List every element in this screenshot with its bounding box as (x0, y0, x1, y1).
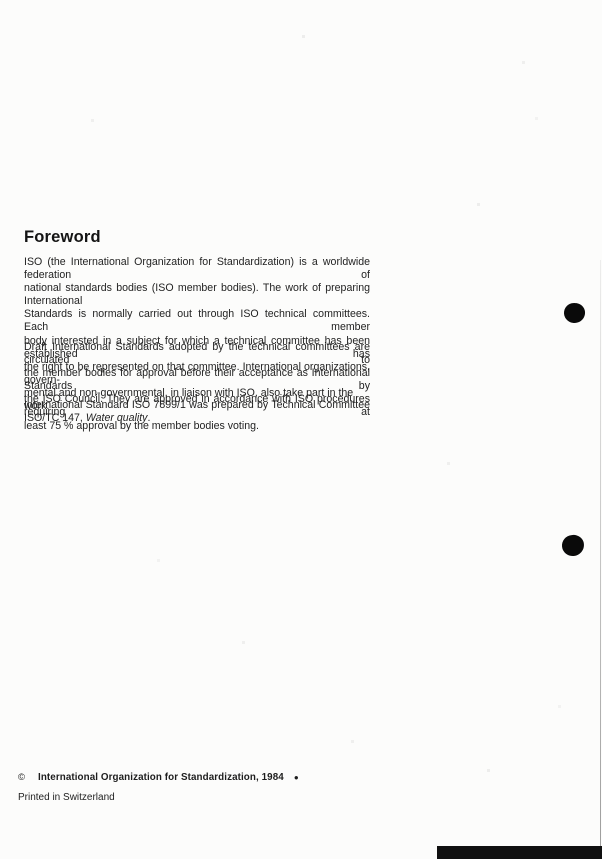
text-line: ISO/TC 147, Water quality. (24, 412, 370, 425)
scan-noise-specks (0, 0, 1, 1)
paragraph-committee: International Standard ISO 7899/1 was pr… (24, 399, 370, 425)
text-line: Draft International Standards adopted by… (24, 341, 370, 367)
committee-title-italic: Water quality (86, 412, 148, 424)
printed-in-text: Printed in Switzerland (18, 792, 115, 803)
copyright-icon: © (18, 772, 25, 783)
foreword-heading: Foreword (24, 228, 101, 247)
copyright-line: © International Organization for Standar… (18, 772, 299, 783)
bottom-scan-bar (437, 846, 602, 859)
bullet-icon: ● (294, 773, 299, 782)
text-line: national standards bodies (ISO member bo… (24, 282, 370, 308)
committee-ref: ISO/TC 147, (24, 412, 86, 424)
registration-dot-icon (563, 302, 587, 325)
text-line: International Standard ISO 7899/1 was pr… (24, 399, 370, 412)
period: . (147, 412, 150, 424)
text-line: the member bodies for approval before th… (24, 367, 370, 393)
document-page: Foreword ISO (the International Organiza… (0, 0, 602, 859)
copyright-text: International Organization for Standardi… (38, 772, 284, 783)
page-edge-scan-line (600, 260, 601, 859)
text-line: ISO (the International Organization for … (24, 256, 370, 282)
registration-dot-icon (561, 534, 585, 557)
text-line: Standards is normally carried out throug… (24, 308, 370, 334)
